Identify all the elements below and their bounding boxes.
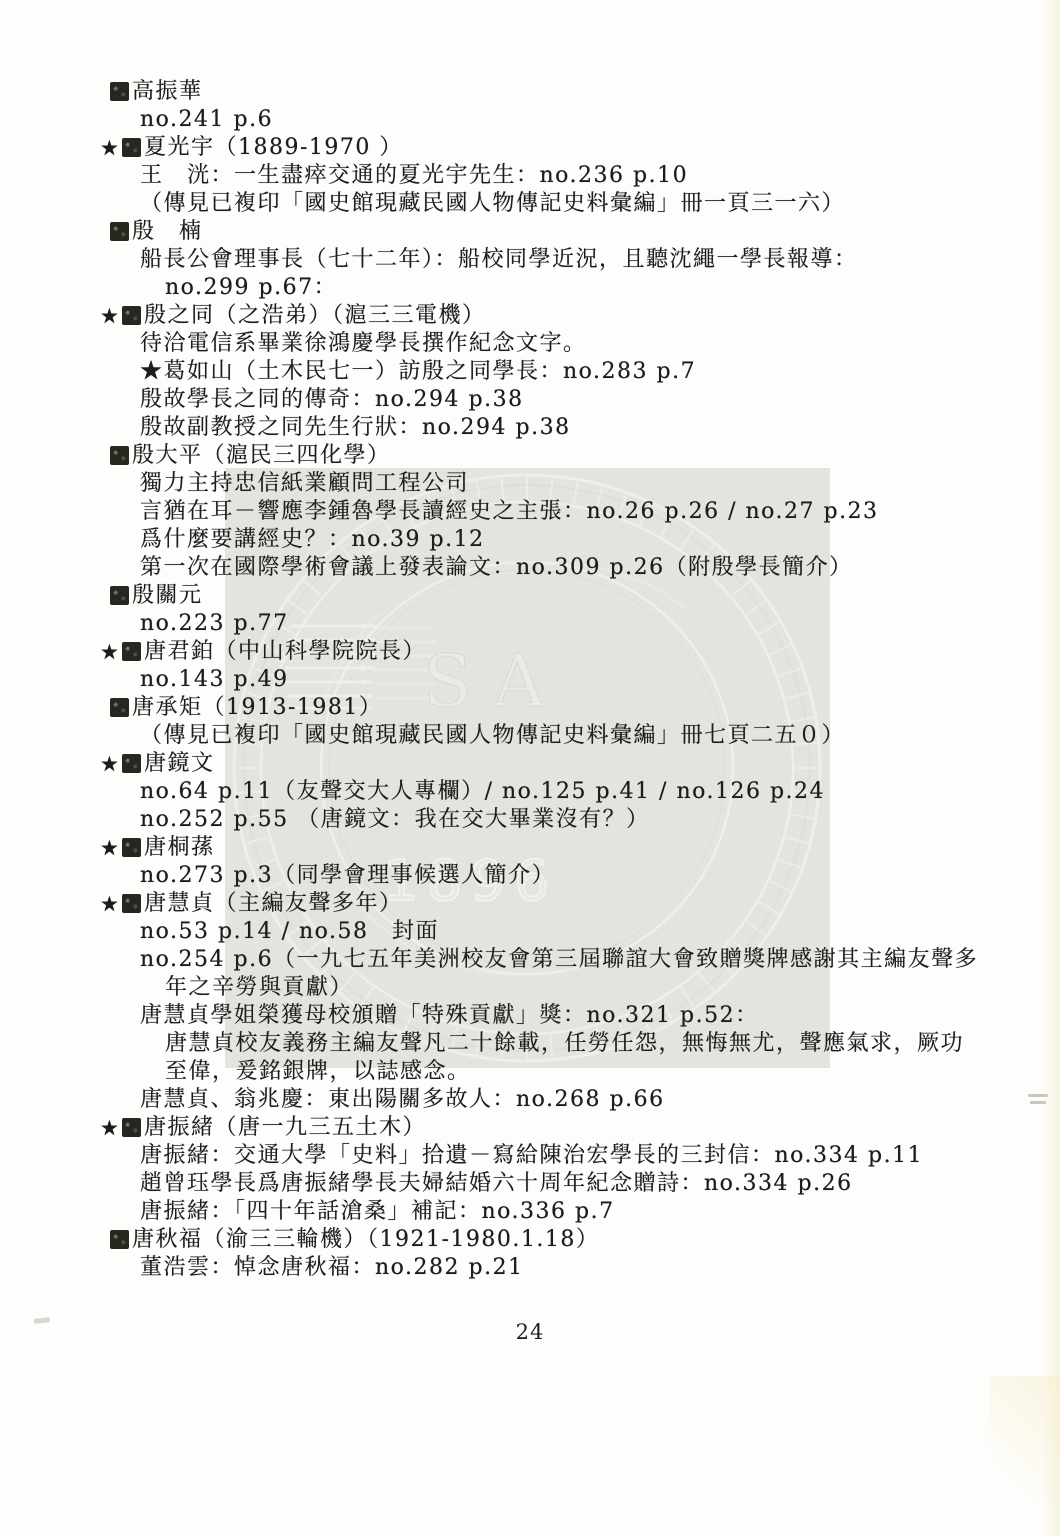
index-line: 年之辛勞與貢獻） — [100, 974, 1030, 1002]
reference-text: 年之辛勞與貢獻） — [165, 975, 353, 1000]
entry-bullet-icon — [110, 222, 129, 241]
index-line: ★唐桐蓀 — [100, 834, 1030, 862]
entry-text: 唐君鉑（中山科學院院長） — [144, 639, 426, 664]
index-line: 第一次在國際學術會議上發表論文：no.309 p.26（附殷學長簡介） — [100, 554, 1030, 582]
entry-bullet-icon — [110, 586, 129, 605]
reference-text: no.53 p.14 / no.58 封面 — [140, 919, 439, 944]
entry-text: 唐振緒（唐一九三五土木） — [144, 1115, 426, 1140]
index-line: no.254 p.6（一九七五年美洲校友會第三屆聯誼大會致贈獎牌感謝其主編友聲多 — [100, 946, 1030, 974]
reference-text: 獨力主持忠信紙業顧問工程公司 — [140, 471, 469, 496]
reference-text: no.254 p.6（一九七五年美洲校友會第三屆聯誼大會致贈獎牌感謝其主編友聲多 — [140, 947, 978, 972]
index-line: 言猶在耳－響應李鍾魯學長讀經史之主張：no.26 p.26 / no.27 p.… — [100, 498, 1030, 526]
index-line: ★唐君鉑（中山科學院院長） — [100, 638, 1030, 666]
index-line: no.64 p.11（友聲交大人專欄）/ no.125 p.41 / no.12… — [100, 778, 1030, 806]
scan-artifact-dashes — [1028, 1093, 1050, 1107]
index-line: 唐承矩（1913-1981） — [100, 694, 1030, 722]
index-line: ★唐振緒（唐一九三五土木） — [100, 1114, 1030, 1142]
entry-text: 高振華 — [132, 79, 203, 104]
reference-text: no.273 p.3（同學會理事候選人簡介） — [140, 863, 555, 888]
reference-text: 趙曾珏學長爲唐振緒學長夫婦結婚六十周年紀念贈詩：no.334 p.26 — [140, 1171, 853, 1196]
index-line: 殷關元 — [100, 582, 1030, 610]
entry-bullet-icon — [110, 698, 129, 717]
reference-text: 唐慧貞校友義務主編友聲凡二十餘載，任勞任怨，無悔無尤，聲應氣求，厥功 — [165, 1031, 964, 1056]
index-line: 唐慧貞學姐榮獲母校頒贈「特殊貢獻」獎：no.321 p.52： — [100, 1002, 1030, 1030]
star-icon: ★ — [100, 1114, 122, 1142]
entry-bullet-icon — [122, 894, 141, 913]
entry-text: 唐秋福（渝三三輪機）（1921-1980.1.18） — [132, 1227, 599, 1252]
index-line: 獨力主持忠信紙業顧問工程公司 — [100, 470, 1030, 498]
entry-bullet-icon — [110, 82, 129, 101]
reference-text: （傳見已複印「國史館現藏民國人物傳記史料彙編」冊一頁三一六） — [140, 191, 845, 216]
entry-bullet-icon — [110, 1230, 129, 1249]
entry-bullet-icon — [122, 642, 141, 661]
page-number: 24 — [0, 1320, 1060, 1344]
entry-text: 唐慧貞（主編友聲多年） — [144, 891, 403, 916]
index-line: ★殷之同（之浩弟）（滬三三電機） — [100, 302, 1030, 330]
index-line: 至偉，爰銘銀牌，以誌感念。 — [100, 1058, 1030, 1086]
entry-bullet-icon — [122, 306, 141, 325]
index-line: no.252 p.55 （唐鏡文：我在交大畢業沒有？） — [100, 806, 1030, 834]
index-line: （傳見已複印「國史館現藏民國人物傳記史料彙編」冊七頁二五０） — [100, 722, 1030, 750]
reference-text: 王 洸：一生盡瘁交通的夏光宇先生：no.236 p.10 — [140, 163, 688, 188]
entry-bullet-icon — [110, 446, 129, 465]
scan-edge-tint — [1042, 0, 1060, 1536]
index-line: 高振華 — [100, 78, 1030, 106]
reference-text: 董浩雲：悼念唐秋福：no.282 p.21 — [140, 1255, 524, 1280]
index-list: 高振華no.241 p.6★夏光宇（1889-1970 ）王 洸：一生盡瘁交通的… — [100, 78, 1030, 1282]
index-line: 待洽電信系畢業徐鴻慶學長撰作紀念文字。 — [100, 330, 1030, 358]
index-line: 爲什麼要講經史？：no.39 p.12 — [100, 526, 1030, 554]
index-line: 唐振緒：交通大學「史料」拾遺－寫給陳治宏學長的三封信：no.334 p.11 — [100, 1142, 1030, 1170]
entry-text: 殷大平（滬民三四化學） — [132, 443, 391, 468]
star-icon: ★ — [100, 834, 122, 862]
reference-text: 言猶在耳－響應李鍾魯學長讀經史之主張：no.26 p.26 / no.27 p.… — [140, 499, 879, 524]
entry-bullet-icon — [122, 138, 141, 157]
entry-text: 殷關元 — [132, 583, 203, 608]
entry-bullet-icon — [122, 838, 141, 857]
index-line: 船長公會理事長（七十二年）：船校同學近況，且聽沈繩一學長報導： — [100, 246, 1030, 274]
reference-text: （傳見已複印「國史館現藏民國人物傳記史料彙編」冊七頁二五０） — [140, 723, 845, 748]
scan-corner-tint — [990, 1376, 1060, 1536]
index-line: no.241 p.6 — [100, 106, 1030, 134]
index-line: no.299 p.67： — [100, 274, 1030, 302]
reference-text: 第一次在國際學術會議上發表論文：no.309 p.26（附殷學長簡介） — [140, 555, 853, 580]
index-line: 殷故副教授之同先生行狀：no.294 p.38 — [100, 414, 1030, 442]
entry-text: 唐鏡文 — [144, 751, 215, 776]
index-line: 唐慧貞、翁兆慶：東出陽關多故人：no.268 p.66 — [100, 1086, 1030, 1114]
index-line: 殷大平（滬民三四化學） — [100, 442, 1030, 470]
reference-text: ★葛如山（土木民七一）訪殷之同學長：no.283 p.7 — [140, 359, 696, 384]
index-line: ★夏光宇（1889-1970 ） — [100, 134, 1030, 162]
reference-text: no.241 p.6 — [140, 107, 273, 132]
index-line: ★葛如山（土木民七一）訪殷之同學長：no.283 p.7 — [100, 358, 1030, 386]
index-line: no.53 p.14 / no.58 封面 — [100, 918, 1030, 946]
entry-text: 殷 楠 — [132, 219, 203, 244]
entry-text: 夏光宇（1889-1970 ） — [144, 135, 403, 160]
star-icon: ★ — [100, 134, 122, 162]
index-line: 殷 楠 — [100, 218, 1030, 246]
reference-text: 船長公會理事長（七十二年）：船校同學近況，且聽沈繩一學長報導： — [140, 247, 858, 272]
reference-text: no.223 p.77 — [140, 611, 289, 636]
index-line: 唐秋福（渝三三輪機）（1921-1980.1.18） — [100, 1226, 1030, 1254]
scanned-page: S A 1896 高振華no.241 p.6★夏光宇（1889-1970 ）王 … — [0, 0, 1060, 1536]
index-line: （傳見已複印「國史館現藏民國人物傳記史料彙編」冊一頁三一六） — [100, 190, 1030, 218]
index-line: 王 洸：一生盡瘁交通的夏光宇先生：no.236 p.10 — [100, 162, 1030, 190]
reference-text: 殷故副教授之同先生行狀：no.294 p.38 — [140, 415, 571, 440]
reference-text: 待洽電信系畢業徐鴻慶學長撰作紀念文字。 — [140, 331, 587, 356]
reference-text: 唐振緒：「四十年話滄桑」補記：no.336 p.7 — [140, 1199, 615, 1224]
index-line: 殷故學長之同的傳奇：no.294 p.38 — [100, 386, 1030, 414]
entry-bullet-icon — [122, 754, 141, 773]
star-icon: ★ — [100, 750, 122, 778]
reference-text: no.143 p.49 — [140, 667, 289, 692]
reference-text: no.64 p.11（友聲交大人專欄）/ no.125 p.41 / no.12… — [140, 779, 825, 804]
index-line: no.223 p.77 — [100, 610, 1030, 638]
reference-text: 唐慧貞、翁兆慶：東出陽關多故人：no.268 p.66 — [140, 1087, 665, 1112]
entry-text: 唐桐蓀 — [144, 835, 215, 860]
reference-text: 爲什麼要講經史？：no.39 p.12 — [140, 527, 485, 552]
index-line: ★唐慧貞（主編友聲多年） — [100, 890, 1030, 918]
reference-text: 唐振緒：交通大學「史料」拾遺－寫給陳治宏學長的三封信：no.334 p.11 — [140, 1143, 923, 1168]
reference-text: no.299 p.67： — [165, 275, 337, 300]
index-line: ★唐鏡文 — [100, 750, 1030, 778]
index-line: no.273 p.3（同學會理事候選人簡介） — [100, 862, 1030, 890]
index-line: 唐慧貞校友義務主編友聲凡二十餘載，任勞任怨，無悔無尤，聲應氣求，厥功 — [100, 1030, 1030, 1058]
reference-text: 至偉，爰銘銀牌，以誌感念。 — [165, 1059, 471, 1084]
index-line: no.143 p.49 — [100, 666, 1030, 694]
star-icon: ★ — [100, 302, 122, 330]
index-line: 唐振緒：「四十年話滄桑」補記：no.336 p.7 — [100, 1198, 1030, 1226]
star-icon: ★ — [100, 890, 122, 918]
reference-text: no.252 p.55 （唐鏡文：我在交大畢業沒有？） — [140, 807, 650, 832]
reference-text: 殷故學長之同的傳奇：no.294 p.38 — [140, 387, 524, 412]
entry-bullet-icon — [122, 1118, 141, 1137]
entry-text: 殷之同（之浩弟）（滬三三電機） — [144, 303, 486, 328]
star-icon: ★ — [100, 638, 122, 666]
index-line: 董浩雲：悼念唐秋福：no.282 p.21 — [100, 1254, 1030, 1282]
entry-text: 唐承矩（1913-1981） — [132, 695, 382, 720]
reference-text: 唐慧貞學姐榮獲母校頒贈「特殊貢獻」獎：no.321 p.52： — [140, 1003, 759, 1028]
index-line: 趙曾珏學長爲唐振緒學長夫婦結婚六十周年紀念贈詩：no.334 p.26 — [100, 1170, 1030, 1198]
